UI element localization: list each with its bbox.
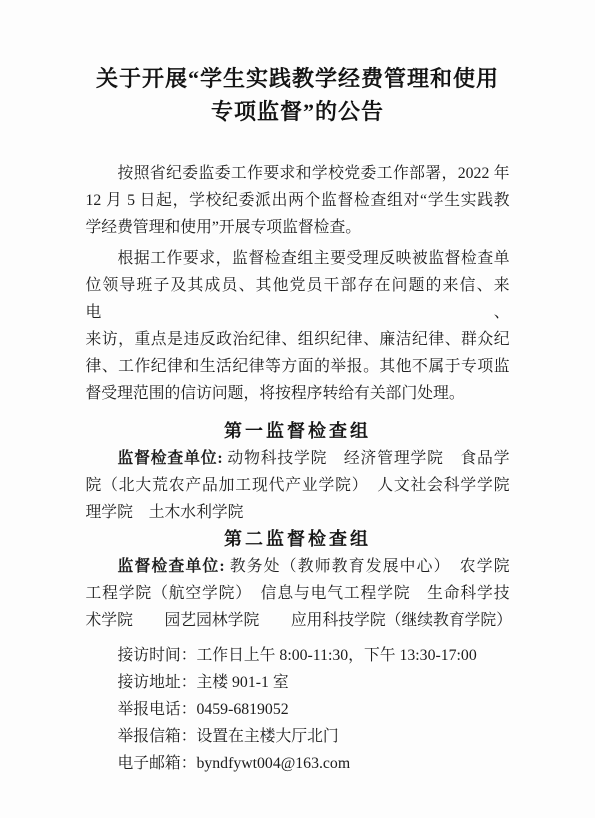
group2-units-value: 教务处（教师教育发展中心） 农学院 (225, 558, 510, 575)
scope-paragraph-line: 律、工作纪律和生活纪律等方面的举报。其他不属于专项监 (86, 353, 510, 380)
scope-paragraph-line: 位领导班子及其成员、其他党员干部存在问题的来信、来电、 (86, 272, 510, 326)
notice-document: 关于开展“学生实践教学经费管理和使用 专项监督”的公告 按照省纪委监委工作要求和… (0, 0, 595, 818)
scope-paragraph-line: 督受理范围的信访问题，将按程序转给有关部门处理。 (86, 380, 510, 407)
notice-title-line-2: 专项监督”的公告 (0, 95, 595, 128)
group1-units-line: 理学院 土木水利学院 (86, 499, 510, 526)
notice-title: 关于开展“学生实践教学经费管理和使用 专项监督”的公告 (0, 62, 595, 128)
scope-paragraph-line: 根据工作要求，监督检查组主要受理反映被监督检查单 (86, 245, 510, 272)
intro-paragraph-line: 按照省纪委监委工作要求和学校党委工作部署，2022 年 (86, 160, 510, 187)
group2-units-label: 监督检查单位: (118, 558, 225, 575)
intro-paragraph-line: 学经费管理和使用”开展专项监督检查。 (86, 214, 510, 241)
group1-units-value: 动物科技学院 经济管理学院 食品学 (223, 450, 510, 467)
notice-body: 按照省纪委监委工作要求和学校党委工作部署，2022 年 12 月 5 日起，学校… (86, 160, 510, 777)
group1-units-label: 监督检查单位: (118, 450, 223, 467)
contact-email: 电子邮箱：byndfywt004@163.com (86, 750, 510, 777)
contact-visit-time: 接访时间：工作日上午 8:00-11:30，下午 13:30-17:00 (86, 642, 510, 669)
contact-visit-address: 接访地址：主楼 901-1 室 (86, 669, 510, 696)
group1-units-line: 院（北大荒农产品加工现代产业学院） 人文社会科学学院 (86, 472, 510, 499)
section-heading-group1: 第一监督检查组 (86, 418, 510, 445)
notice-title-line-1: 关于开展“学生实践教学经费管理和使用 (0, 62, 595, 95)
group2-units-line: 监督检查单位: 教务处（教师教育发展中心） 农学院 (86, 553, 510, 580)
contact-report-phone: 举报电话：0459-6819052 (86, 696, 510, 723)
group2-units-line: 工程学院（航空学院） 信息与电气工程学院 生命科学技 (86, 580, 510, 607)
group1-units-line: 监督检查单位: 动物科技学院 经济管理学院 食品学 (86, 445, 510, 472)
scope-paragraph-line: 来访，重点是违反政治纪律、组织纪律、廉洁纪律、群众纪 (86, 326, 510, 353)
group2-units-line: 术学院 园艺园林学院 应用科技学院（继续教育学院） (86, 607, 510, 634)
section-heading-group2: 第二监督检查组 (86, 526, 510, 553)
intro-paragraph-line: 12 月 5 日起，学校纪委派出两个监督检查组对“学生实践教 (86, 187, 510, 214)
contact-report-mailbox: 举报信箱：设置在主楼大厅北门 (86, 723, 510, 750)
